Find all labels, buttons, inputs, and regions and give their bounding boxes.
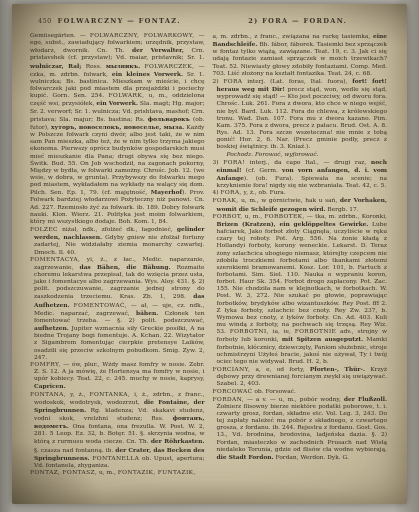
dictionary-entry-paragraph: a, m. zdrbn., z franc., związana na rurk… <box>213 33 388 78</box>
left-column: Gemüsegärten. — FOLWARCZNY, FOLWARKOWY, … <box>30 33 205 477</box>
dictionary-entry-paragraph: 4) FORA, y, ż., ob. Fura. <box>213 190 388 197</box>
dictionary-entry-paragraph: Gemüsegärten. — FOLWARCZNY, FOLWARKOWY, … <box>30 33 205 226</box>
scan-background: 450 FOLWARCZNY — FONTAZ. 2) FORA — FORDA… <box>0 0 419 512</box>
dictionary-entry-paragraph: FOMENTACYA, yi, ż., z łac., Medic. napar… <box>30 257 205 362</box>
page-header: 450 FOLWARCZNY — FONTAZ. 2) FORA — FORDA… <box>30 17 387 28</box>
dictionary-entry-paragraph: FOLZEC niżał, ndk., zfolżeć dk., łagodni… <box>30 226 205 257</box>
dictionary-entry-paragraph: 3) FORA! interj., da capo Ital., — drugi… <box>213 159 388 191</box>
running-title-left: FOLWARCZNY — FONTAZ. <box>30 17 209 28</box>
running-title-right: 2) FORA — FORDAN. <box>209 17 388 28</box>
dictionary-entry-paragraph: 2) FORA interj. (Lat. foras, Ital. fuora… <box>213 78 388 152</box>
dictionary-entry-paragraph: FORBOT, u, m., FORBOTEK, — tka, m. zdrbn… <box>213 214 388 366</box>
text-columns: Gemüsegärten. — FOLWARCZNY, FOLWARKOWY, … <box>30 33 387 477</box>
dictionary-entry-paragraph: FORCOWAĆ ob. Forsować. <box>213 389 388 396</box>
dictionary-entry-paragraph: FONTANA, y, ż., FONTANKA, i, ż., zdrbn.,… <box>30 392 205 471</box>
book-page: 450 FOLWARCZNY — FONTAZ. 2) FORA — FORDA… <box>12 4 407 504</box>
dictionary-entry-paragraph: FOMFRY, — ów, plur., Wżdy masz fomfry w … <box>30 362 205 392</box>
dictionary-entry-paragraph: FORDAN, — a v. — u, m., pobór wodny, der… <box>213 396 388 462</box>
dictionary-entry-paragraph: FONTAZ, FONTASZ, u, m., FONTAZIK, FUNTAZ… <box>30 470 205 477</box>
right-column: a, m. zdrbn., z franc., związana na rurk… <box>213 33 388 477</box>
dictionary-entry-paragraph: FORCIANY, a, e, od forty, Pforten-, Thür… <box>213 366 388 388</box>
dictionary-entry-paragraph: Pochodz. Forować, wyforować. <box>213 152 388 159</box>
dictionary-entry-paragraph: FORAK, u, m., w górnictwie, hak u sań, d… <box>213 197 388 213</box>
